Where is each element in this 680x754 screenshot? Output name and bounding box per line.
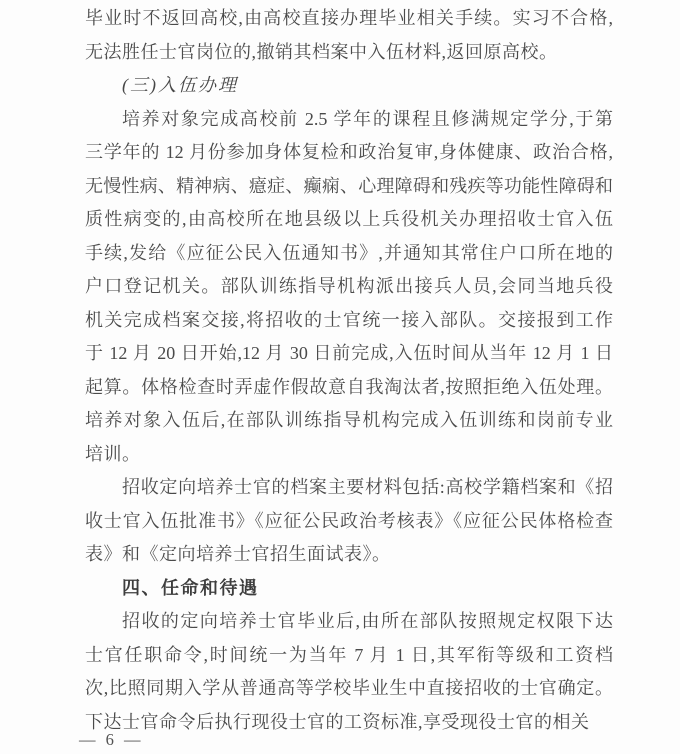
text-line: 三学年的 12 月份参加身体复检和政治复审,身体健康、政治合格,	[85, 136, 613, 170]
text-line: 培养对象入伍后,在部队训练指导机构完成入伍训练和岗前专业	[85, 404, 613, 438]
text-line: 起算。体格检查时弄虚作假故意自我淘汰者,按照拒绝入伍处理。	[85, 371, 613, 405]
text-line: 质性病变的,由高校所在地县级以上兵役机关办理招收士官入伍	[85, 203, 613, 237]
subsection-heading: (三)入伍办理	[85, 69, 613, 103]
text-line: 毕业时不返回高校,由高校直接办理毕业相关手续。实习不合格,	[85, 2, 613, 36]
text-line: 收士官入伍批准书》《应征公民政治考核表》《应征公民体格检查	[85, 505, 613, 539]
text-line: 机关完成档案交接,将招收的士官统一接入部队。交接报到工作	[85, 304, 613, 338]
text-line: 表》和《定向培养士官招生面试表》。	[85, 538, 613, 572]
scanned-document-page: 毕业时不返回高校,由高校直接办理毕业相关手续。实习不合格, 无法胜任士官岗位的,…	[0, 0, 680, 754]
text-line: 下达士官命令后执行现役士官的工资标准,享受现役士官的相关	[85, 706, 613, 740]
text-line: 培养对象完成高校前 2.5 学年的课程且修满规定学分,于第	[85, 103, 613, 137]
document-text-block: 毕业时不返回高校,由高校直接办理毕业相关手续。实习不合格, 无法胜任士官岗位的,…	[85, 2, 613, 739]
text-line: 于 12 月 20 日开始,12 月 30 日前完成,入伍时间从当年 12 月 …	[85, 337, 613, 371]
text-line: 培训。	[85, 438, 613, 472]
text-line: 招收的定向培养士官毕业后,由所在部队按照规定权限下达	[85, 605, 613, 639]
text-line: 户口登记机关。部队训练指导机构派出接兵人员,会同当地兵役	[85, 270, 613, 304]
text-line: 士官任职命令,时间统一为当年 7 月 1 日,其军衔等级和工资档	[85, 639, 613, 673]
section-heading: 四、任命和待遇	[85, 572, 613, 606]
text-line: 无慢性病、精神病、癔症、癫痫、心理障碍和残疾等功能性障碍和器	[85, 170, 613, 204]
page-number: — 6 —	[79, 730, 144, 750]
text-line: 无法胜任士官岗位的,撤销其档案中入伍材料,返回原高校。	[85, 36, 613, 70]
text-line: 手续,发给《应征公民入伍通知书》,并通知其常住户口所在地的	[85, 237, 613, 271]
text-line: 次,比照同期入学从普通高等学校毕业生中直接招收的士官确定。	[85, 672, 613, 706]
text-line: 招收定向培养士官的档案主要材料包括:高校学籍档案和《招	[85, 471, 613, 505]
